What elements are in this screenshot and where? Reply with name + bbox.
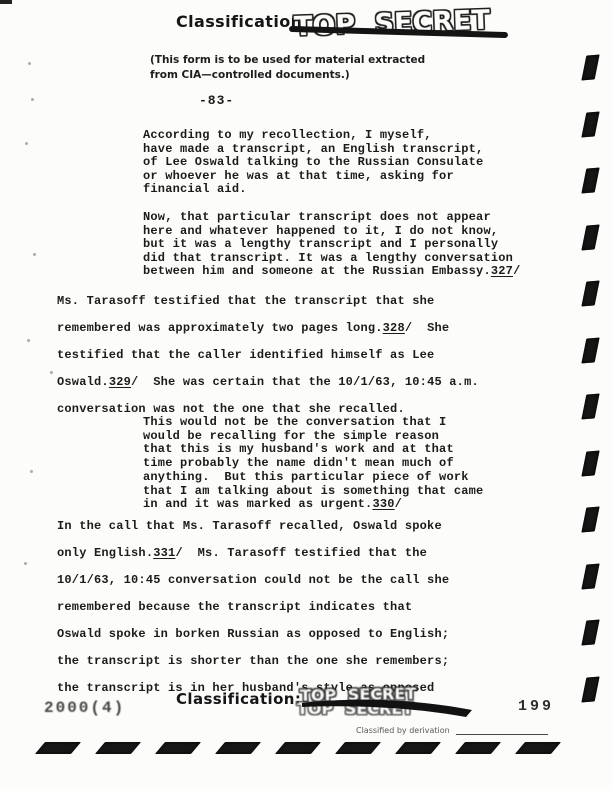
punch-mark-right	[581, 619, 599, 645]
page-number-bottom: 199	[518, 698, 554, 715]
scan-speck	[33, 253, 36, 256]
punch-mark-bottom	[155, 742, 201, 754]
text-line: Oswald.329/ She was certain that the 10/…	[57, 369, 479, 396]
scan-speck	[31, 98, 34, 101]
text-line: only English.331/ Ms. Tarasoff testified…	[57, 540, 449, 567]
punch-mark-right	[581, 111, 599, 137]
text-line: here and whatever happened to it, I do n…	[143, 225, 520, 239]
page-number-top: -83-	[199, 93, 234, 108]
blockquote-transcript-missing: Now, that particular transcript does not…	[143, 211, 520, 279]
scan-speck	[50, 371, 53, 374]
document-page: Classification: TOP SECRET (This form is…	[0, 0, 612, 791]
punch-mark-right	[581, 563, 599, 589]
punch-mark-right	[581, 450, 599, 476]
scan-speck	[25, 142, 28, 145]
punch-mark-right	[581, 337, 599, 363]
text-line: the transcript is shorter than the one s…	[57, 648, 449, 675]
text-line: or whoever he was at that time, asking f…	[143, 170, 483, 184]
stamp-strikethrough-swoosh	[300, 694, 480, 722]
punch-mark-right	[581, 167, 599, 193]
punch-mark-bottom	[335, 742, 381, 754]
classified-by-line: Classified by derivation	[356, 726, 548, 735]
punch-mark-bottom	[395, 742, 441, 754]
punch-mark-bottom	[215, 742, 261, 754]
scan-speck	[28, 62, 31, 65]
punch-mark-right	[581, 224, 599, 250]
text-line: that this is my husband's work and at th…	[143, 443, 483, 457]
text-line: did that transcript. It was a lengthy co…	[143, 252, 520, 266]
text-line: financial aid.	[143, 183, 483, 197]
text-line: have made a transcript, an English trans…	[143, 143, 483, 157]
punch-mark-bottom	[275, 742, 321, 754]
text-line: that I am talking about is something tha…	[143, 485, 483, 499]
punch-mark-bottom	[95, 742, 141, 754]
paragraph-tarasoff-testimony: Ms. Tarasoff testified that the transcri…	[57, 288, 479, 423]
punch-mark-bottom	[35, 742, 81, 754]
punch-mark-right	[581, 676, 599, 702]
text-line: between him and someone at the Russian E…	[143, 265, 520, 279]
punch-mark-bottom	[515, 742, 561, 754]
text-line: testified that the caller identified him…	[57, 342, 479, 369]
punch-mark-right	[581, 54, 599, 80]
text-line: time probably the name didn't mean much …	[143, 457, 483, 471]
footnote-ref: 328	[383, 321, 405, 335]
footnote-ref: 330	[372, 497, 394, 511]
text-line: but it was a lengthy transcript and I pe…	[143, 238, 520, 252]
form-note-line1: (This form is to be used for material ex…	[150, 53, 450, 68]
text-line: Ms. Tarasoff testified that the transcri…	[57, 288, 479, 315]
scan-speck	[27, 339, 30, 342]
text-line: According to my recollection, I myself,	[143, 129, 483, 143]
text-line: would be recalling for the simple reason	[143, 430, 483, 444]
text-line: This would not be the conversation that …	[143, 416, 483, 430]
footnote-ref: 331	[153, 546, 175, 560]
punch-mark-bottom	[455, 742, 501, 754]
paragraph-oswald-english: In the call that Ms. Tarasoff recalled, …	[57, 513, 449, 702]
form-note: (This form is to be used for material ex…	[150, 53, 450, 83]
footnote-ref: 329	[109, 375, 131, 389]
blockquote-husbands-work: This would not be the conversation that …	[143, 416, 483, 512]
text-line: Now, that particular transcript does not…	[143, 211, 520, 225]
text-line: 10/1/63, 10:45 conversation could not be…	[57, 567, 449, 594]
text-line: in and it was marked as urgent.330/	[143, 498, 483, 512]
document-number-stamp: 2000(4)	[44, 699, 125, 717]
punch-mark-right	[581, 393, 599, 419]
scan-corner-mark	[0, 0, 12, 4]
text-line: Oswald spoke in borken Russian as oppose…	[57, 621, 449, 648]
punch-mark-right	[581, 506, 599, 532]
text-line: of Lee Oswald talking to the Russian Con…	[143, 156, 483, 170]
classified-by-blank	[456, 726, 548, 735]
footer-classification-label: Classification:	[176, 690, 301, 708]
blockquote-recollection: According to my recollection, I myself,h…	[143, 129, 483, 197]
text-line: In the call that Ms. Tarasoff recalled, …	[57, 513, 449, 540]
footnote-ref: 327	[491, 264, 513, 278]
text-line: anything. But this particular piece of w…	[143, 471, 483, 485]
form-note-line2: from CIA—controlled documents.)	[150, 68, 450, 83]
text-line: remembered because the transcript indica…	[57, 594, 449, 621]
punch-mark-right	[581, 280, 599, 306]
text-line: remembered was approximately two pages l…	[57, 315, 479, 342]
scan-speck	[30, 470, 33, 473]
scan-speck	[24, 562, 27, 565]
classified-by-label: Classified by derivation	[356, 726, 450, 735]
